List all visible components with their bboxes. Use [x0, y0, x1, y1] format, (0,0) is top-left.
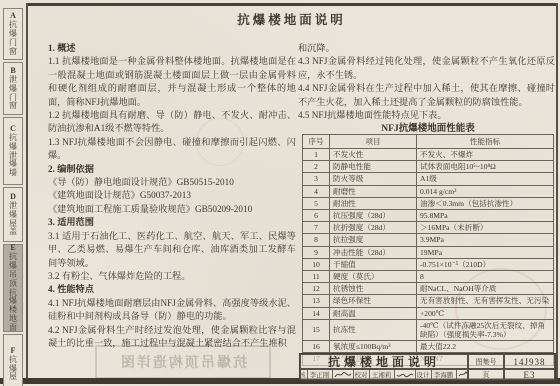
row-item: 耐磨性 — [330, 185, 417, 197]
signature-squiggle-icon — [334, 370, 352, 379]
sidebar-tab-D: D泄爆屋盖 — [3, 187, 23, 242]
table-row: 3防火等级A1级 — [303, 173, 554, 185]
sidebar: A抗爆门窗B泄爆门窗C抗爆泄爆墙D泄爆屋盖E抗爆吊顶抗爆楼地面F抗爆屋 — [0, 0, 26, 386]
row-index-value: 最大值22.2 — [417, 341, 554, 353]
row-item: 抗压强度（28d） — [330, 210, 417, 222]
table-row: 1不发火性不发火、不爆炸 — [303, 149, 554, 161]
title-block-title: 抗爆楼地面说明 — [300, 354, 468, 369]
table-row: 13绿色环保性无有害放射性、无有害挥发性、无污染 — [303, 295, 554, 307]
table-row: 16氡浓度≤100Bq/m³最大值22.2 — [303, 341, 554, 353]
row-item: 抗拉强度 — [330, 234, 417, 246]
row-item: 氡浓度≤100Bq/m³ — [330, 341, 417, 353]
paragraph: 4.1 NFJ抗爆楼地面耐磨层由NFJ金属骨料、高强度等级水泥、硅粉和中间剂构成… — [48, 297, 296, 324]
row-item: 耐油性 — [330, 197, 417, 209]
sidebar-tab-C: C抗爆泄爆墙 — [3, 117, 23, 185]
tab-char: 屋 — [9, 373, 17, 382]
paragraph: 3.2 有粉尘、气体爆炸危险的工程。 — [48, 270, 296, 283]
row-index-value: 3.9MPa — [417, 234, 554, 246]
row-index-value: -0.751×10⁻⁵（210D） — [417, 258, 554, 270]
row-seq: 4 — [303, 185, 330, 197]
table-row: 7抗折强度（28d）＞16MPa（未折断） — [303, 222, 554, 234]
row-item: 抗锈蚀性 — [330, 283, 417, 295]
designer-name: 李海鹏 — [432, 370, 457, 379]
designer-signature — [457, 370, 469, 379]
row-seq: 1 — [303, 149, 330, 161]
reviewer-name: 李正刚 — [308, 370, 333, 379]
paragraph: 《建筑地面工程施工质量验收规范》GB50209-2010 — [48, 203, 296, 216]
table-row: 4耐磨性0.014 g/cm² — [303, 185, 554, 197]
table-row: 12抗锈蚀性耐NaCL、NaOH等介质 — [303, 283, 554, 295]
sidebar-tab-F: F抗爆屋 — [3, 334, 23, 386]
row-index-value: A1级 — [417, 173, 554, 185]
table-row: 14耐高温+200℃ — [303, 307, 554, 319]
sidebar-tab-B: B泄爆门窗 — [3, 62, 23, 115]
row-seq: 9 — [303, 246, 330, 258]
signature-row: 审核 李正刚 校对 王湘莉 设计 李海鹏 — [300, 369, 468, 380]
row-index-value: 0.014 g/cm² — [417, 185, 554, 197]
row-seq: 16 — [303, 341, 330, 353]
paragraph: 1.3 NFJ抗爆楼地面不会因静电、碰撞和摩擦而引起闪燃、闪爆。 — [48, 136, 296, 163]
paragraph: 4.3 NFJ金属骨料经过钝化处理，使金属颗粒不产生氧化还原反应，永不生锈。 — [298, 55, 555, 82]
row-seq: 11 — [303, 271, 330, 283]
tab-char: 盖 — [9, 228, 17, 237]
row-index-value: 无有害放射性、无有害挥发性、无污染 — [417, 295, 554, 307]
row-index-value: -40℃（试件冻融25次后无裂纹、掉角缺陷）（强度损失率-7.3%） — [417, 319, 554, 340]
col-header-seq: 序号 — [303, 135, 330, 149]
row-seq: 12 — [303, 283, 330, 295]
paragraph: 和沉降。 — [298, 42, 555, 55]
paragraph: 1.1 抗爆楼地面是一种金属骨料整体楼地面。抗爆楼地面是在一般混凝土地面或钢筋混… — [48, 55, 296, 109]
row-seq: 2 — [303, 161, 330, 173]
sidebar-tab-E: E抗爆吊顶抗爆楼地面 — [3, 244, 23, 332]
right-border-rule — [556, 3, 558, 381]
sidebar-tab-A: A抗爆门窗 — [3, 8, 23, 60]
table-row: 10干缩值-0.751×10⁻⁵（210D） — [303, 258, 554, 270]
performance-table: 序号 项目 性能指标 1不发火性不发火、不爆炸2防静电性能试体表面电阻10⁵~1… — [302, 134, 554, 366]
paragraph: 3.1 适用于石油化工、医药化工、航空、航天、军工、民爆等甲、乙类易燃、易爆生产… — [48, 230, 296, 270]
table-row: 6抗压强度（28d）95.8MPa — [303, 210, 554, 222]
row-index-value: 95.8MPa — [417, 210, 554, 222]
table-row: 11硬度（莫氏）8 — [303, 271, 554, 283]
signature-squiggle-icon — [458, 370, 469, 379]
paragraph: 《导（防）静电地面设计规范》GB50515-2010 — [48, 176, 296, 189]
performance-table-body: 1不发火性不发火、不爆炸2防静电性能试体表面电阻10⁵~10⁸Ω3防火等级A1级… — [303, 149, 554, 366]
section-heading: 1. 概述 — [48, 42, 296, 55]
row-index-value: 油渗＜0.3mm（包括抗渗性） — [417, 197, 554, 209]
row-seq: 14 — [303, 307, 330, 319]
tab-char: 窗 — [9, 48, 17, 57]
tab-char: 墙 — [9, 169, 17, 178]
checker-name: 王湘莉 — [370, 370, 395, 379]
row-seq: 6 — [303, 210, 330, 222]
row-seq: 13 — [303, 295, 330, 307]
row-item: 耐高温 — [330, 307, 417, 319]
row-item: 冲击性能（28d） — [330, 246, 417, 258]
table-row: 8抗拉强度3.9MPa — [303, 234, 554, 246]
row-item: 防火等级 — [330, 173, 417, 185]
table-row: 9冲击性能（28d）19MPa — [303, 246, 554, 258]
row-item: 绿色环保性 — [330, 295, 417, 307]
table-row: 5耐油性油渗＜0.3mm（包括抗渗性） — [303, 197, 554, 209]
atlas-no-value: 14J938 — [504, 354, 555, 369]
tab-char: 窗 — [9, 102, 17, 111]
row-item: 防静电性能 — [330, 161, 417, 173]
row-item: 不发火性 — [330, 149, 417, 161]
title-block: 抗爆楼地面说明 图集号 14J938 审核 李正刚 校对 王湘莉 设计 李海鹏 — [299, 353, 556, 381]
row-seq: 15 — [303, 319, 330, 340]
page-no-value: E3 — [504, 369, 555, 380]
paragraph: 4.4 NFJ金属骨料在生产过程中加入稀土，使其在摩擦、碰撞时不产生火花，加入稀… — [298, 82, 555, 109]
row-seq: 8 — [303, 234, 330, 246]
checker-signature — [395, 370, 416, 379]
top-border-rule — [26, 3, 558, 6]
paragraph: 4.2 NFJ金属骨料生产时经过发泡处理，使金属颗粒比容与混凝土的比重一致，施工… — [48, 324, 296, 351]
tab-char: 面 — [9, 324, 17, 333]
section-heading: 4. 性能特点 — [48, 283, 296, 296]
row-index-value: 8 — [417, 271, 554, 283]
atlas-no-label: 图集号 — [468, 354, 504, 369]
design-label: 设计 — [416, 370, 432, 379]
reviewer-signature — [333, 370, 354, 379]
review-label: 审核 — [300, 370, 308, 379]
section-heading: 2. 编制依据 — [48, 163, 296, 176]
row-index-value: 不发火、不爆炸 — [417, 149, 554, 161]
section-heading: 3. 适用范围 — [48, 216, 296, 229]
row-seq: 5 — [303, 197, 330, 209]
row-index-value: +200℃ — [417, 307, 554, 319]
atlas-page: 抗爆吊顶构造详图 A抗爆门窗B泄爆门窗C抗爆泄爆墙D泄爆屋盖E抗爆吊顶抗爆楼地面… — [0, 0, 560, 386]
col-header-item: 项目 — [330, 135, 417, 149]
check-label: 校对 — [354, 370, 370, 379]
row-index-value: 耐NaCL、NaOH等介质 — [417, 283, 554, 295]
col-header-index: 性能指标 — [417, 135, 554, 149]
paragraph: 《建筑地面设计规范》G50037-2013 — [48, 189, 296, 202]
sidebar-divider — [26, 3, 28, 380]
table-header-row: 序号 项目 性能指标 — [303, 135, 554, 149]
right-column: 和沉降。4.3 NFJ金属骨料经过钝化处理，使金属颗粒不产生氧化还原反应，永不生… — [298, 42, 555, 122]
performance-table-title: NFJ抗爆楼地面性能表 — [302, 120, 554, 134]
row-seq: 10 — [303, 258, 330, 270]
signature-squiggle-icon — [396, 370, 414, 379]
table-row: 15抗冻性-40℃（试件冻融25次后无裂纹、掉角缺陷）（强度损失率-7.3%） — [303, 319, 554, 340]
paragraph: 1.2 抗爆楼地面具有耐磨、导（防）静电、不发火、耐冲击、防油抗渗和A1级不燃等… — [48, 109, 296, 136]
row-item: 抗冻性 — [330, 319, 417, 340]
row-item: 抗折强度（28d） — [330, 222, 417, 234]
row-seq: 3 — [303, 173, 330, 185]
row-index-value: ＞16MPa（未折断） — [417, 222, 554, 234]
left-column: 1. 概述1.1 抗爆楼地面是一种金属骨料整体楼地面。抗爆楼地面是在一般混凝土地… — [48, 42, 296, 350]
page-no-label: 页 — [468, 369, 504, 380]
row-index-value: 试体表面电阻10⁵~10⁸Ω — [417, 161, 554, 173]
table-row: 2防静电性能试体表面电阻10⁵~10⁸Ω — [303, 161, 554, 173]
row-item: 干缩值 — [330, 258, 417, 270]
page-title: 抗爆楼地面说明 — [27, 10, 556, 28]
row-seq: 7 — [303, 222, 330, 234]
row-index-value: 19MPa — [417, 246, 554, 258]
row-item: 硬度（莫氏） — [330, 271, 417, 283]
